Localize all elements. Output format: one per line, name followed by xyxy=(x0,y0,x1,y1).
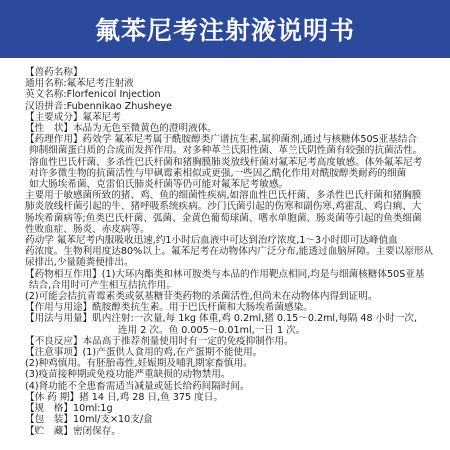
generic-name: 通用名称:氟苯尼考注射液 xyxy=(25,78,445,89)
dosage-line: 连用 2 次。鱼 0.005～0.01ml,一日 1 次。 xyxy=(25,325,445,336)
specification: 【规 格】10ml:1g xyxy=(25,403,445,414)
dosage-line: 【用法与用量】肌内注射:一次量,每 1kg 体重,鸡 0.2ml,猪 0.15～… xyxy=(25,313,445,324)
english-name: 英文名称:Florfenicol Injection xyxy=(25,89,445,100)
withdrawal-period: 【休 药 期】猪 14 日,鸡 28 日,鱼 375 度日。 xyxy=(25,392,445,403)
precautions-line: 【注意事项】(1)产蛋供人食用的鸡,在产蛋期不能使用。 xyxy=(25,347,445,358)
pharmacology-line: 溶血性巴氏杆菌、多杀性巴氏杆菌和猪胸膜肺炎放线杆菌对氟苯尼考高度敏感。体外氟苯尼… xyxy=(25,157,445,168)
main-ingredient: 【主要成分】氟苯尼考 xyxy=(25,112,445,123)
drug-interactions-line: (2)可能会拮抗青霉素类或氨基糖苷类药物的杀菌活性,但尚未在动物体内得到证明。 xyxy=(25,291,445,302)
pharmacology-line: 主要用于敏感菌所致的猪、鸡、鱼的细菌性疾病,如溶血性巴氏杆菌、多杀性巴氏杆菌和猪… xyxy=(25,190,445,201)
drug-interactions-line: 【药物相互作用】(1)大环内酯类和林可胺类与本品的作用靶点相同,均是与细菌核糖体… xyxy=(25,269,445,280)
precautions-line: (4)肾功能不全患畜需适当减量或延长给药间隔时间。 xyxy=(25,381,445,392)
title-banner: 氟苯尼考注射液说明书 xyxy=(0,0,450,58)
pharmacology-line: 肠埃希菌病等;鱼类巴氏杆菌、弧菌、金黄色葡萄球菌、嗜水单胞菌、肠炎菌等引起的鱼类… xyxy=(25,213,445,224)
indications: 【作用与用途】酰胺醇类抗生素。用于巴氏杆菌和大肠埃希菌感染。 xyxy=(25,302,445,313)
page-title: 氟苯尼考注射液说明书 xyxy=(95,11,355,47)
section-vet-drug-name: 【兽药名称】 xyxy=(25,67,445,78)
storage: 【贮 藏】密闭保存。 xyxy=(25,426,445,437)
pharmacology-line: 性败血症、肠炎、赤皮病等。 xyxy=(25,224,445,235)
pinyin-name: 汉语拼音:Fubennikao Zhusheye xyxy=(25,101,445,112)
adverse-reactions: 【不良反应】本品高于推荐剂量使用时有一定的免疫抑制作用。 xyxy=(25,336,445,347)
pharmacokinetics-line: 尿排出,少量随粪便排出。 xyxy=(25,257,445,268)
pharmacology-line: 对许多微生物的抗菌活性与甲砜霉素相似或更强,一些因乙酰化作用对酰胺醇类耐药的细菌 xyxy=(25,168,445,179)
precautions-line: (2)种鸡慎用。有胚胎毒性,妊娠期及哺乳期家畜慎用。 xyxy=(25,358,445,369)
precautions-line: (3)疫苗接种期或免疫功能严重缺损的动物禁用。 xyxy=(25,369,445,380)
pharmacology-line: 肺炎放线杆菌引起的牛、猪呼吸系统疾病。沙门氏菌引起的伤寒和副伤寒,鸡霍乱、鸡白痢… xyxy=(25,201,445,212)
packaging: 【包 装】10ml/支×10支/盒 xyxy=(25,414,445,425)
drug-interactions-line: 结合,合用时可产生相互拮抗作用。 xyxy=(25,280,445,291)
appearance: 【性 状】本品为无色至微黄色的澄明液体。 xyxy=(25,123,445,134)
instructions-body: 【兽药名称】 通用名称:氟苯尼考注射液 英文名称:Florfenicol Inj… xyxy=(25,67,445,437)
pharmacology-line: 【药理作用】药效学 氟苯尼考属于酰胺醇类广谱抗生素,属抑菌剂,通过与核糖体50S… xyxy=(25,134,445,145)
pharmacokinetics-line: 药浓度。生物利用度达80%以上。氟苯尼考在动物体内广泛分布,能透过血脑屏障。主要… xyxy=(25,246,445,257)
pharmacokinetics-line: 药动学 氟苯尼考内服吸收迅速,约1小时后血液中可达到治疗浓度,1～3小时即可达峰… xyxy=(25,235,445,246)
pharmacology-line: 如大肠埃希菌、克雷伯氏肺炎杆菌等仍可能对氟苯尼考敏感。 xyxy=(25,179,445,190)
pharmacology-line: 抑制细菌蛋白质的合成而发挥作用。对多种革兰氏阳性菌、革兰氏阴性菌有较强的抗菌活性… xyxy=(25,145,445,156)
